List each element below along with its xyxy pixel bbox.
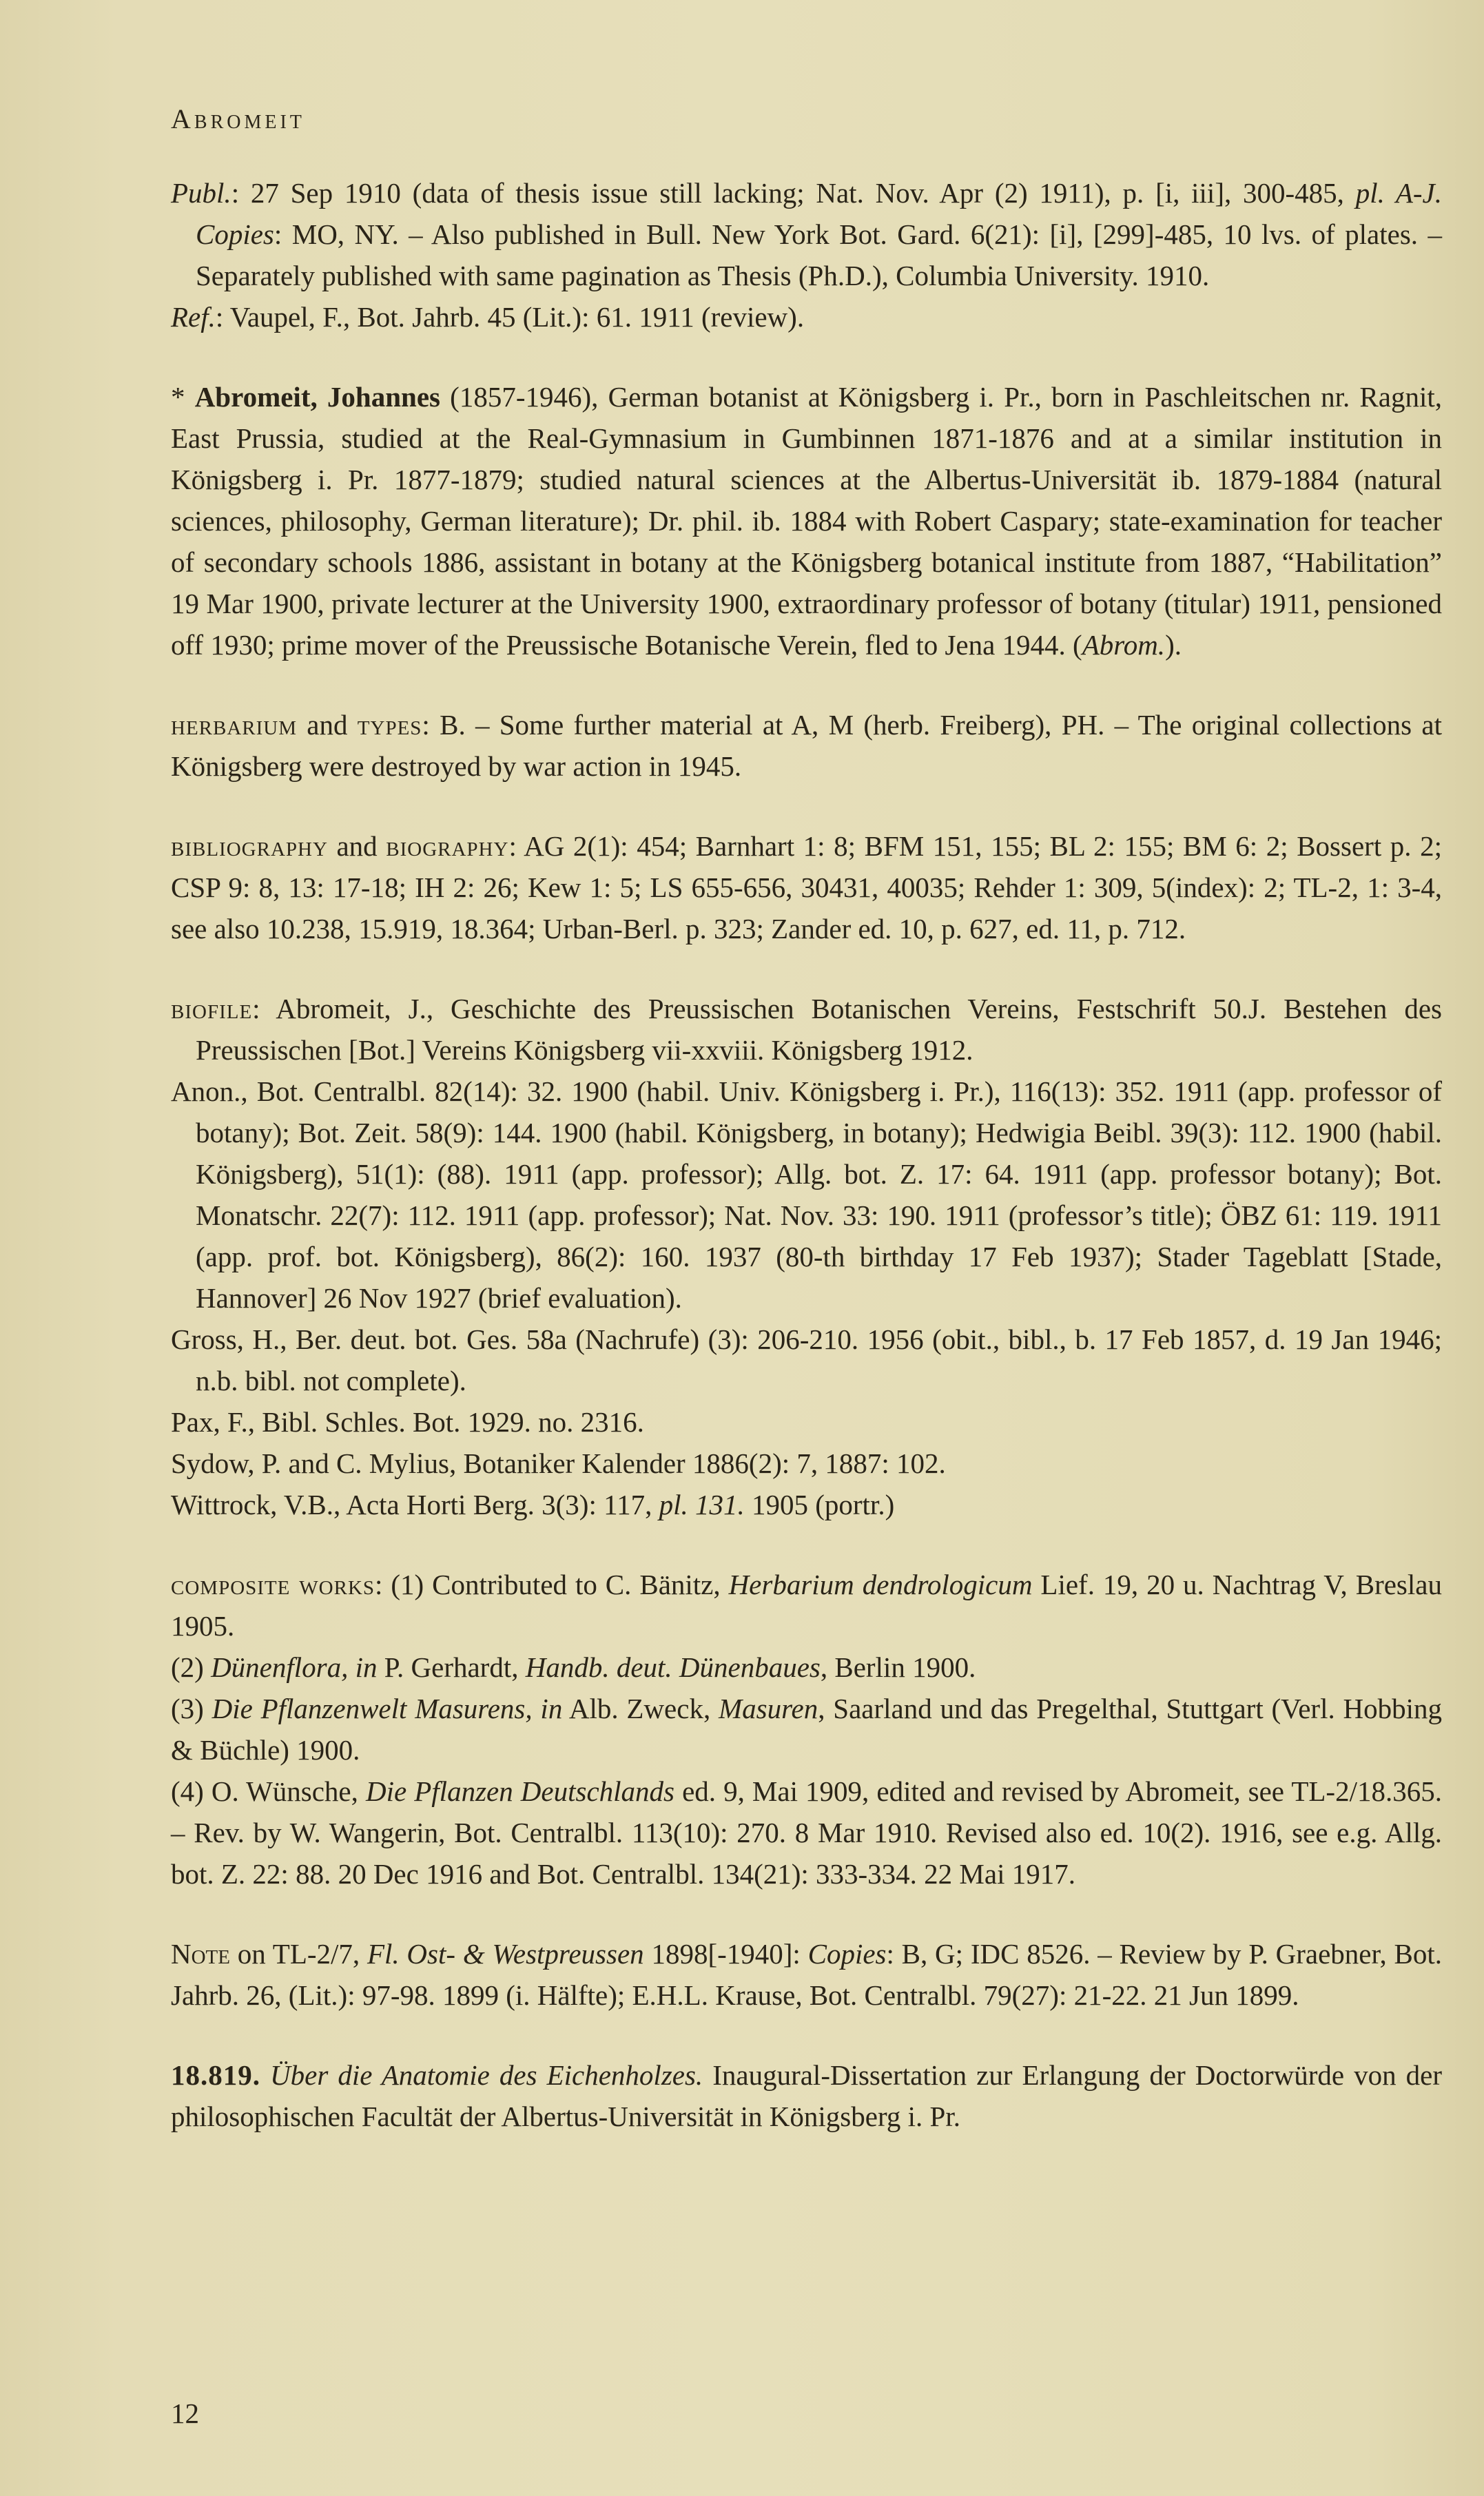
wittrock-text: Wittrock, V.B., Acta Horti Berg. 3(3): 1… <box>171 1489 659 1520</box>
work-title: Handb. deut. Dünenbaues <box>526 1651 821 1683</box>
types-label: Types <box>358 709 422 741</box>
publication-paragraph: Publ.: 27 Sep 1910 (data of thesis issue… <box>171 172 1442 296</box>
composite-work-3: (3) Die Pflanzenwelt Masurens, in Alb. Z… <box>171 1688 1442 1771</box>
note-label: Note <box>171 1938 230 1970</box>
bibliography-section: Bibliography and Biography: AG 2(1): 454… <box>171 825 1442 949</box>
author-bio: (1857-1946), German botanist at Königsbe… <box>171 381 1442 661</box>
composite-works-section: Composite works: (1) Contributed to C. B… <box>171 1564 1442 1895</box>
work-title: Masuren <box>719 1693 818 1724</box>
author-bio-end: ). <box>1165 629 1182 661</box>
biofile-entry: Wittrock, V.B., Acta Horti Berg. 3(3): 1… <box>171 1484 1442 1525</box>
work-text: (2) <box>171 1651 211 1683</box>
work-title: Die Pflanzen Deutschlands <box>366 1775 674 1807</box>
biofile-entry: Sydow, P. and C. Mylius, Botaniker Kalen… <box>171 1443 1442 1484</box>
running-head: Abromeit <box>171 102 1442 136</box>
work-text: (4) O. Wünsche, <box>171 1775 366 1807</box>
herbarium-label: Herbarium <box>171 709 297 741</box>
work-text: : (1) Contributed to C. Bänitz, <box>375 1569 729 1600</box>
note-paragraph: Note on TL-2/7, Fl. Ost- & Westpreussen … <box>171 1933 1442 2016</box>
composite-work-2: (2) Dünenflora, in P. Gerhardt, Handb. d… <box>171 1647 1442 1688</box>
author-biography-section: * Abromeit, Johannes (1857-1946), German… <box>171 376 1442 666</box>
author-abbreviation: Abrom. <box>1082 629 1165 661</box>
reference-paragraph: Ref.: Vaupel, F., Bot. Jahrb. 45 (Lit.):… <box>171 296 1442 338</box>
author-paragraph: * Abromeit, Johannes (1857-1946), German… <box>171 376 1442 666</box>
copies-label: Copies <box>808 1938 887 1970</box>
bibliography-label: Bibliography <box>171 830 328 862</box>
asterisk-marker: * <box>171 381 195 413</box>
document-page: Abromeit Publ.: 27 Sep 1910 (data of the… <box>171 102 1442 2137</box>
entry-18819-section: 18.819. Über die Anatomie des Eichenholz… <box>171 2054 1442 2137</box>
work-text: Alb. Zweck, <box>562 1693 719 1724</box>
and-text: and <box>328 830 386 862</box>
composite-work-4: (4) O. Wünsche, Die Pflanzen Deutschland… <box>171 1771 1442 1895</box>
wittrock-text-end: 1905 (portr.) <box>745 1489 895 1520</box>
entry-paragraph: 18.819. Über die Anatomie des Eichenholz… <box>171 2054 1442 2137</box>
publ-label: Publ. <box>171 177 231 209</box>
biofile-label: Biofile <box>171 993 252 1024</box>
work-title: Herbarium dendrologicum <box>729 1569 1033 1600</box>
and-text: and <box>297 709 358 741</box>
author-name: Abromeit, Johannes <box>195 381 440 413</box>
copies-label: Copies <box>196 218 274 250</box>
plate-reference: pl. 131. <box>659 1489 745 1520</box>
note-text: 1898[-1940]: <box>644 1938 808 1970</box>
work-title: Die Pflanzenwelt Masurens, in <box>212 1693 563 1724</box>
plates-label: pl. A-J. <box>1356 177 1442 209</box>
herbarium-paragraph: Herbarium and Types: B. – Some further m… <box>171 704 1442 787</box>
publ-text: : 27 Sep 1910 (data of thesis issue stil… <box>231 177 1356 209</box>
bibliography-paragraph: Bibliography and Biography: AG 2(1): 454… <box>171 825 1442 949</box>
biofile-entry: Gross, H., Ber. deut. bot. Ges. 58a (Nac… <box>171 1319 1442 1401</box>
note-title: Fl. Ost- & Westpreussen <box>367 1938 644 1970</box>
biofile-entry: Pax, F., Bibl. Schles. Bot. 1929. no. 23… <box>171 1401 1442 1443</box>
biofile-entry-text: : Abromeit, J., Geschichte des Preussisc… <box>196 993 1442 1066</box>
biography-label: Biography <box>386 830 508 862</box>
biofile-section: Biofile: Abromeit, J., Geschichte des Pr… <box>171 988 1442 1525</box>
note-text: on TL-2/7, <box>230 1938 367 1970</box>
herbarium-section: Herbarium and Types: B. – Some further m… <box>171 704 1442 787</box>
work-text: , Berlin 1900. <box>821 1651 976 1683</box>
biofile-entry: Anon., Bot. Centralbl. 82(14): 32. 1900 … <box>171 1071 1442 1319</box>
note-section: Note on TL-2/7, Fl. Ost- & Westpreussen … <box>171 1933 1442 2016</box>
composite-works-label: Composite works <box>171 1569 375 1600</box>
previous-entry-section: Publ.: 27 Sep 1910 (data of thesis issue… <box>171 172 1442 338</box>
publ-text-continued: : MO, NY. – Also published in Bull. New … <box>196 218 1442 291</box>
ref-text: : Vaupel, F., Bot. Jahrb. 45 (Lit.): 61.… <box>216 301 804 333</box>
page-number: 12 <box>171 2396 199 2431</box>
work-title: Dünenflora, in <box>211 1651 377 1683</box>
biofile-entry: Biofile: Abromeit, J., Geschichte des Pr… <box>171 988 1442 1071</box>
ref-label: Ref. <box>171 301 216 333</box>
work-text: (3) <box>171 1693 212 1724</box>
composite-work-1: Composite works: (1) Contributed to C. B… <box>171 1564 1442 1647</box>
entry-title: Über die Anatomie des Eichenholzes. <box>270 2059 703 2091</box>
work-text: P. Gerhardt, <box>378 1651 526 1683</box>
entry-number: 18.819. <box>171 2059 260 2091</box>
